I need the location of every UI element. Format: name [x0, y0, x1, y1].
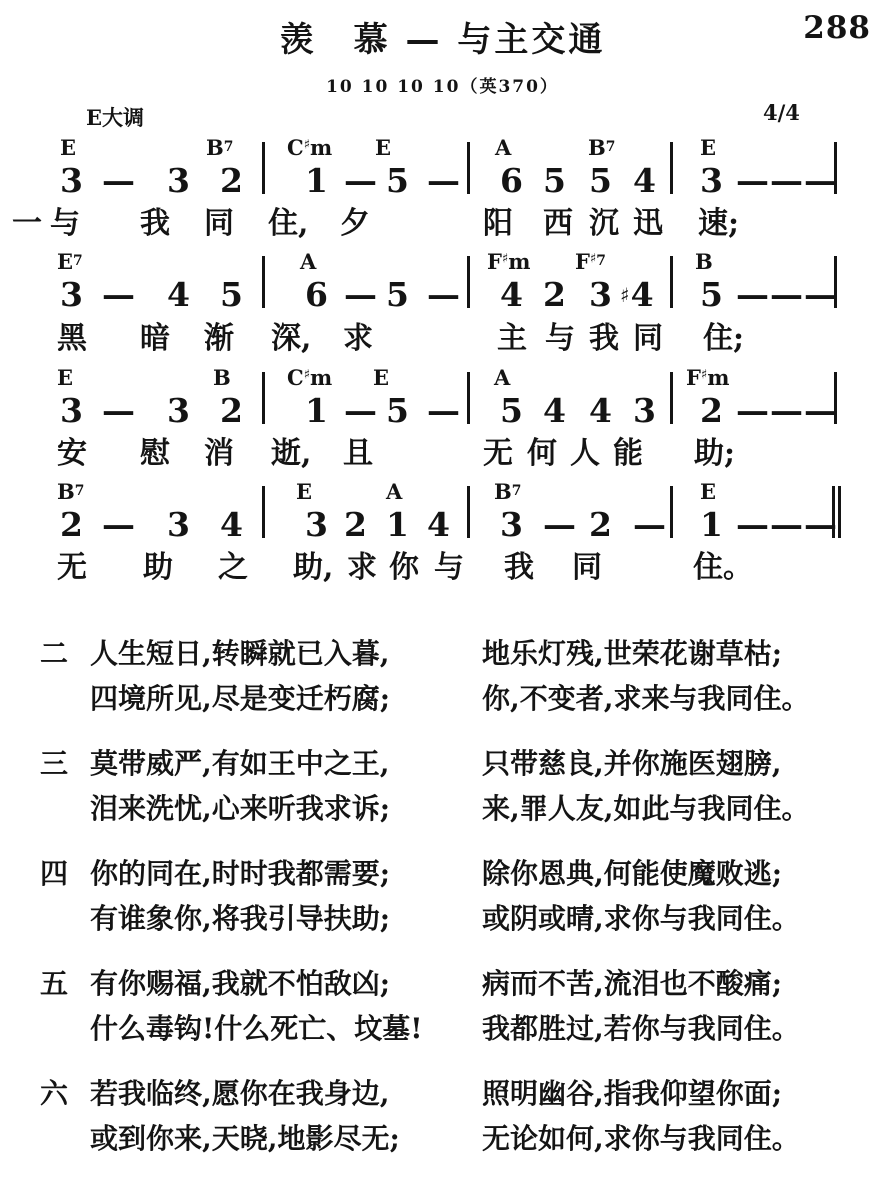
- lyric-syllable: 慰: [140, 437, 170, 470]
- lyric-syllable: 阳: [483, 207, 513, 240]
- chord-extension: 7: [512, 483, 522, 499]
- chord-symbol: B7: [588, 137, 615, 158]
- verse: 五有你赐福,我就不怕敌凶;病而不苦,流泪也不酸痛;什么毒钩!什么死亡、坟墓!我都…: [40, 968, 869, 1045]
- lyric-syllable: 速;: [698, 207, 739, 240]
- verse-number: 一: [12, 207, 42, 240]
- chord-symbol: A: [495, 137, 511, 158]
- lyric-syllable: 逝,: [271, 437, 311, 470]
- barline: [834, 372, 837, 424]
- verse-line-right: 我都胜过,若你与我同住。: [482, 1013, 869, 1045]
- lyric-syllable: 渐: [204, 322, 234, 355]
- lyric-syllable: 之: [218, 551, 248, 584]
- note: —: [770, 278, 803, 311]
- lyric-syllable: 迅: [633, 207, 663, 240]
- lyric-syllable: 我: [140, 207, 170, 240]
- sharp-sign: ♯: [502, 252, 508, 267]
- barline: [262, 372, 265, 424]
- verse-line-left: 泪来洗忧,心来听我求诉;: [90, 793, 482, 825]
- verse-line-right: 无论如何,求你与我同住。: [482, 1123, 869, 1155]
- lyric-syllable: 助,: [293, 551, 333, 584]
- note: 5: [386, 278, 409, 311]
- note: 6: [305, 278, 328, 311]
- verse-line-left: 你的同在,时时我都需要;: [90, 858, 482, 890]
- note: 3: [60, 278, 83, 311]
- chord-symbol: E: [700, 481, 716, 502]
- note: —: [736, 278, 769, 311]
- note: —: [543, 508, 576, 541]
- lyric-syllable: 黑: [57, 322, 87, 355]
- chord-symbol: B: [695, 251, 713, 272]
- barline: [834, 142, 837, 194]
- verse-line-right: 或阴或晴,求你与我同住。: [482, 903, 869, 935]
- note: —: [736, 164, 769, 197]
- note: 5: [386, 394, 409, 427]
- note: 2: [60, 508, 83, 541]
- lyric-syllable: 且: [343, 437, 373, 470]
- note: 3: [589, 278, 612, 311]
- verse-line-right: 来,罪人友,如此与我同住。: [482, 793, 869, 825]
- verse-number: 三: [40, 748, 90, 780]
- note: —: [344, 164, 377, 197]
- lyric-syllable: 消: [204, 437, 234, 470]
- lyric-syllable: 同: [204, 207, 234, 240]
- note: 3: [633, 394, 656, 427]
- note: 2: [220, 394, 243, 427]
- note: —: [102, 394, 135, 427]
- note: 3: [500, 508, 523, 541]
- chord-symbol: B: [213, 367, 231, 388]
- lyric-syllable: 暗: [140, 322, 170, 355]
- barline: [670, 256, 673, 308]
- barline: [834, 256, 837, 308]
- note: 1: [700, 508, 723, 541]
- note: 2: [589, 508, 612, 541]
- chord-symbol: F♯7: [575, 251, 606, 272]
- note: —: [344, 278, 377, 311]
- lyric-syllable: 同: [633, 322, 663, 355]
- note: 4: [167, 278, 190, 311]
- verse-line-left: 有你赐福,我就不怕敌凶;: [90, 968, 482, 1000]
- note: 3: [700, 164, 723, 197]
- note: —: [427, 394, 460, 427]
- note: —: [102, 278, 135, 311]
- note: 4: [500, 278, 523, 311]
- lyric-syllable: 人: [570, 437, 600, 470]
- lyric-syllable: 深,: [271, 322, 311, 355]
- double-barline: [832, 486, 841, 538]
- lyric-syllable: 与: [434, 551, 464, 584]
- verse-line-left: 或到你来,天晓,地影尽无;: [90, 1123, 482, 1155]
- verse-line-left: 什么毒钩!什么死亡、坟墓!: [90, 1013, 482, 1045]
- verse-line-right: 你,不变者,求来与我同住。: [482, 683, 869, 715]
- barline: [262, 256, 265, 308]
- chord-symbol: F♯m: [686, 367, 729, 388]
- note: 5: [543, 164, 566, 197]
- note: 3: [167, 508, 190, 541]
- verses-section: 二人生短日,转瞬就已入暮,地乐灯残,世荣花谢草枯;四境所见,尽是变迁朽腐;你,不…: [40, 638, 869, 1188]
- note: —: [102, 508, 135, 541]
- lyric-syllable: 助: [143, 551, 173, 584]
- lyric-syllable: 无: [483, 437, 513, 470]
- lyric-syllable: 能: [613, 437, 643, 470]
- note: —: [344, 394, 377, 427]
- barline: [467, 486, 470, 538]
- lyric-syllable: 何: [527, 437, 557, 470]
- chord-symbol: B7: [494, 481, 521, 502]
- lyric-syllable: 住,: [268, 207, 308, 240]
- chord-symbol: A: [494, 367, 510, 388]
- verse-number: 四: [40, 858, 90, 890]
- verse-line-right: 只带慈良,并你施医翅膀,: [482, 748, 869, 780]
- chord-symbol: E: [57, 367, 73, 388]
- barline: [467, 142, 470, 194]
- barline: [467, 256, 470, 308]
- note: 4: [543, 394, 566, 427]
- verse-line-left: 四境所见,尽是变迁朽腐;: [90, 683, 482, 715]
- note: 3: [60, 164, 83, 197]
- lyric-syllable: 助;: [694, 437, 735, 470]
- verse-line-right: 病而不苦,流泪也不酸痛;: [482, 968, 869, 1000]
- note: 3: [167, 164, 190, 197]
- note: —: [427, 164, 460, 197]
- note: —: [736, 508, 769, 541]
- lyric-syllable: 住;: [703, 322, 744, 355]
- verse: 六若我临终,愿你在我身边,照明幽谷,指我仰望你面;或到你来,天晓,地影尽无;无论…: [40, 1078, 869, 1155]
- note: 5: [220, 278, 243, 311]
- hymn-page: 288 羡 慕 — 与主交通 10 10 10 10（英370） E大调 4/4…: [0, 0, 885, 1195]
- chord-extension: 7: [75, 483, 85, 499]
- note: 4: [220, 508, 243, 541]
- note: 3: [60, 394, 83, 427]
- chord-symbol: E: [373, 367, 389, 388]
- barline: [670, 486, 673, 538]
- verse-line-left: 莫带威严,有如王中之王,: [90, 748, 482, 780]
- lyric-syllable: 我: [504, 551, 534, 584]
- note: 6: [500, 164, 523, 197]
- lyric-syllable: 与: [50, 207, 80, 240]
- note: 2: [220, 164, 243, 197]
- verse-line-right: 除你恩典,何能使魔败逃;: [482, 858, 869, 890]
- note: 2: [700, 394, 723, 427]
- verse-line-left: 有谁象你,将我引导扶助;: [90, 903, 482, 935]
- note: 1: [305, 164, 328, 197]
- lyric-syllable: 主: [497, 322, 527, 355]
- verse: 三莫带威严,有如王中之王,只带慈良,并你施医翅膀,泪来洗忧,心来听我求诉;来,罪…: [40, 748, 869, 825]
- note: —: [427, 278, 460, 311]
- lyric-syllable: 安: [57, 437, 87, 470]
- note: 4: [633, 164, 656, 197]
- sharp-sign: ♯: [304, 138, 310, 153]
- lyric-syllable: 与: [545, 322, 575, 355]
- chord-symbol: A: [386, 481, 402, 502]
- chord-extension: 7: [73, 253, 83, 269]
- chord-symbol: E: [296, 481, 312, 502]
- chord-symbol: A: [300, 251, 316, 272]
- barline: [262, 142, 265, 194]
- lyric-syllable: 同: [572, 551, 602, 584]
- chord-symbol: B7: [57, 481, 84, 502]
- chord-symbol: B7: [206, 137, 233, 158]
- note: —: [102, 164, 135, 197]
- barline: [467, 372, 470, 424]
- note: —: [633, 508, 666, 541]
- verse: 四你的同在,时时我都需要;除你恩典,何能使魔败逃;有谁象你,将我引导扶助;或阴或…: [40, 858, 869, 935]
- note: —: [770, 394, 803, 427]
- note: 5: [589, 164, 612, 197]
- note: —: [770, 164, 803, 197]
- barline: [670, 142, 673, 194]
- note: ♯4: [620, 278, 654, 311]
- chord-symbol: C♯m: [287, 367, 332, 388]
- verse: 二人生短日,转瞬就已入暮,地乐灯残,世荣花谢草枯;四境所见,尽是变迁朽腐;你,不…: [40, 638, 869, 715]
- note: —: [736, 394, 769, 427]
- chord-symbol: E: [700, 137, 716, 158]
- note: 4: [589, 394, 612, 427]
- lyric-syllable: 求: [347, 551, 377, 584]
- lyric-syllable: 无: [57, 551, 87, 584]
- chord-symbol: E: [60, 137, 76, 158]
- chord-symbol: E: [375, 137, 391, 158]
- chord-symbol: C♯m: [287, 137, 332, 158]
- lyric-syllable: 你: [389, 551, 419, 584]
- verse-line-left: 人生短日,转瞬就已入暮,: [90, 638, 482, 670]
- verse-number: 六: [40, 1078, 90, 1110]
- lyric-syllable: 求: [343, 322, 373, 355]
- note: —: [770, 508, 803, 541]
- note: 1: [386, 508, 409, 541]
- note: 2: [543, 278, 566, 311]
- lyric-syllable: 沉: [589, 207, 619, 240]
- note: 3: [305, 508, 328, 541]
- verse-number: 二: [40, 638, 90, 670]
- verse-line-left: 若我临终,愿你在我身边,: [90, 1078, 482, 1110]
- chord-symbol: F♯m: [487, 251, 530, 272]
- verse-line-right: 地乐灯残,世荣花谢草枯;: [482, 638, 869, 670]
- sharp-sign: ♯: [701, 368, 707, 383]
- barline: [262, 486, 265, 538]
- note: 2: [344, 508, 367, 541]
- lyric-syllable: 夕: [340, 207, 370, 240]
- verse-number: 五: [40, 968, 90, 1000]
- sharp-sign: ♯: [620, 283, 630, 307]
- chord-extension: 7: [606, 139, 616, 155]
- sharp-sign: ♯: [304, 368, 310, 383]
- note: —: [804, 278, 837, 311]
- lyric-syllable: 西: [543, 207, 573, 240]
- note: 4: [427, 508, 450, 541]
- lyric-syllable: 我: [589, 322, 619, 355]
- note: —: [804, 394, 837, 427]
- note: —: [804, 164, 837, 197]
- note: 5: [700, 278, 723, 311]
- note: 5: [500, 394, 523, 427]
- barline: [670, 372, 673, 424]
- note: 3: [167, 394, 190, 427]
- chord-extension: 7: [596, 253, 606, 269]
- verse-line-right: 照明幽谷,指我仰望你面;: [482, 1078, 869, 1110]
- chord-extension: 7: [224, 139, 234, 155]
- lyric-syllable: 住。: [693, 551, 753, 584]
- music-score: EB7C♯mEAB7E3—321—5—65543———与我同住,夕阳西沉迅速;E…: [0, 0, 885, 600]
- note: 5: [386, 164, 409, 197]
- chord-symbol: E7: [57, 251, 83, 272]
- note: 1: [305, 394, 328, 427]
